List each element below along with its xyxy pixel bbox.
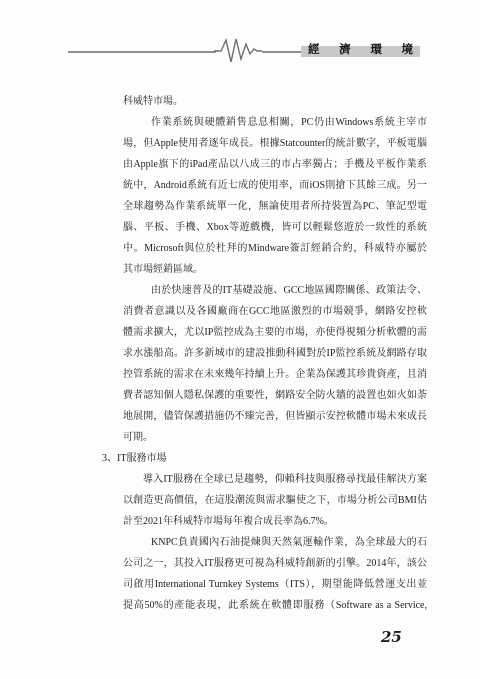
text-line: 全球趨勢為作業系統單一化，無論使用者所持裝置為PC、筆記型電 <box>123 196 427 217</box>
text-line: 司啟用International Turnkey Systems（ITS），期望… <box>123 574 427 595</box>
text-line: 場，但Apple使用者逐年成長。根據Statcounter的統計數字，平板電腦 <box>123 133 427 154</box>
text-line: 費者認知個人隱私保護的重要性，網路安全防火牆的設置也如火如荼 <box>123 385 427 406</box>
text-line: 腦、平板、手機、Xbox等遊戲機，皆可以輕鬆悠遊於一致性的系統 <box>123 217 427 238</box>
text-line: 體需求擴大，尤以IP監控成為主要的市場，亦使得視頻分析軟體的需 <box>123 322 427 343</box>
section-title-char: 境 <box>401 45 413 57</box>
text-line: KNPC負責國內石油提煉與天然氣運輸作業，為全球最大的石油 <box>123 532 427 553</box>
text-line: 提高50%的產能表現，此系統在軟體即服務（Software as a Servi… <box>123 595 427 616</box>
section-title-char: 濟 <box>339 45 351 57</box>
text-line: 公司之一，其投入IT服務更可視為科威特創新的引擎。2014年，該公 <box>123 553 427 574</box>
text-line: 消費者意識以及各國廠商在GCC地區激烈的市場競爭，網路安控軟 <box>123 301 427 322</box>
header-rule-right <box>262 51 302 53</box>
text-line: 計至2021年科威特市場每年複合成長率為6.7%。 <box>123 511 427 532</box>
waveform-icon <box>214 36 262 66</box>
document-page: 經 濟 環 境 科威特市場。 作業系統與硬體銷售息息相關，PC仍由Windows… <box>0 0 480 679</box>
text-line: 中。Microsoft與位於杜拜的Mindware簽訂經銷合約，科威特亦屬於 <box>123 238 427 259</box>
text-line: 控管系統的需求在未來幾年持續上升。企業為保護其珍貴資產，且消 <box>123 364 427 385</box>
text-line: 統中，Android系統有近七成的使用率，而iOS則搶下其餘三成。另一 <box>123 175 427 196</box>
text-line: 由Apple旗下的iPad產品以八成三的市占率獨占；手機及平板作業系 <box>123 154 427 175</box>
text-line: 作業系統與硬體銷售息息相關，PC仍由Windows系統主宰市 <box>123 112 427 133</box>
text-line: 由於快速普及的IT基礎設施、GCC地區國際關係、政策法令、 <box>123 280 427 301</box>
text-line: 可期。 <box>123 427 427 448</box>
text-line: 科威特市場。 <box>123 91 427 112</box>
text-line: 以創造更高價值，在這股潮流與需求驅使之下，市場分析公司BMI估 <box>123 490 427 511</box>
header-rule-left <box>68 51 216 53</box>
page-number: 25 <box>381 628 402 646</box>
section-title-char: 經 <box>308 45 320 57</box>
body-text: 科威特市場。 作業系統與硬體銷售息息相關，PC仍由Windows系統主宰市 場，… <box>123 91 427 616</box>
text-line: 地展開，儘管保護措施仍不臻完善，但皆顯示安控軟體市場未來成長 <box>123 406 427 427</box>
section-heading-it-services: 3、IT服務市場 <box>102 448 427 469</box>
text-line: 導入IT服務在全球已是趨勢，仰賴科技與服務尋找最佳解決方案 <box>123 469 427 490</box>
text-line: 求水漲船高。許多新城市的建設推動科國對於IP監控系統及網路存取 <box>123 343 427 364</box>
text-line: 其市場經銷區域。 <box>123 259 427 280</box>
section-banner: 經 濟 環 境 <box>301 46 420 57</box>
section-title-char: 環 <box>370 45 382 57</box>
